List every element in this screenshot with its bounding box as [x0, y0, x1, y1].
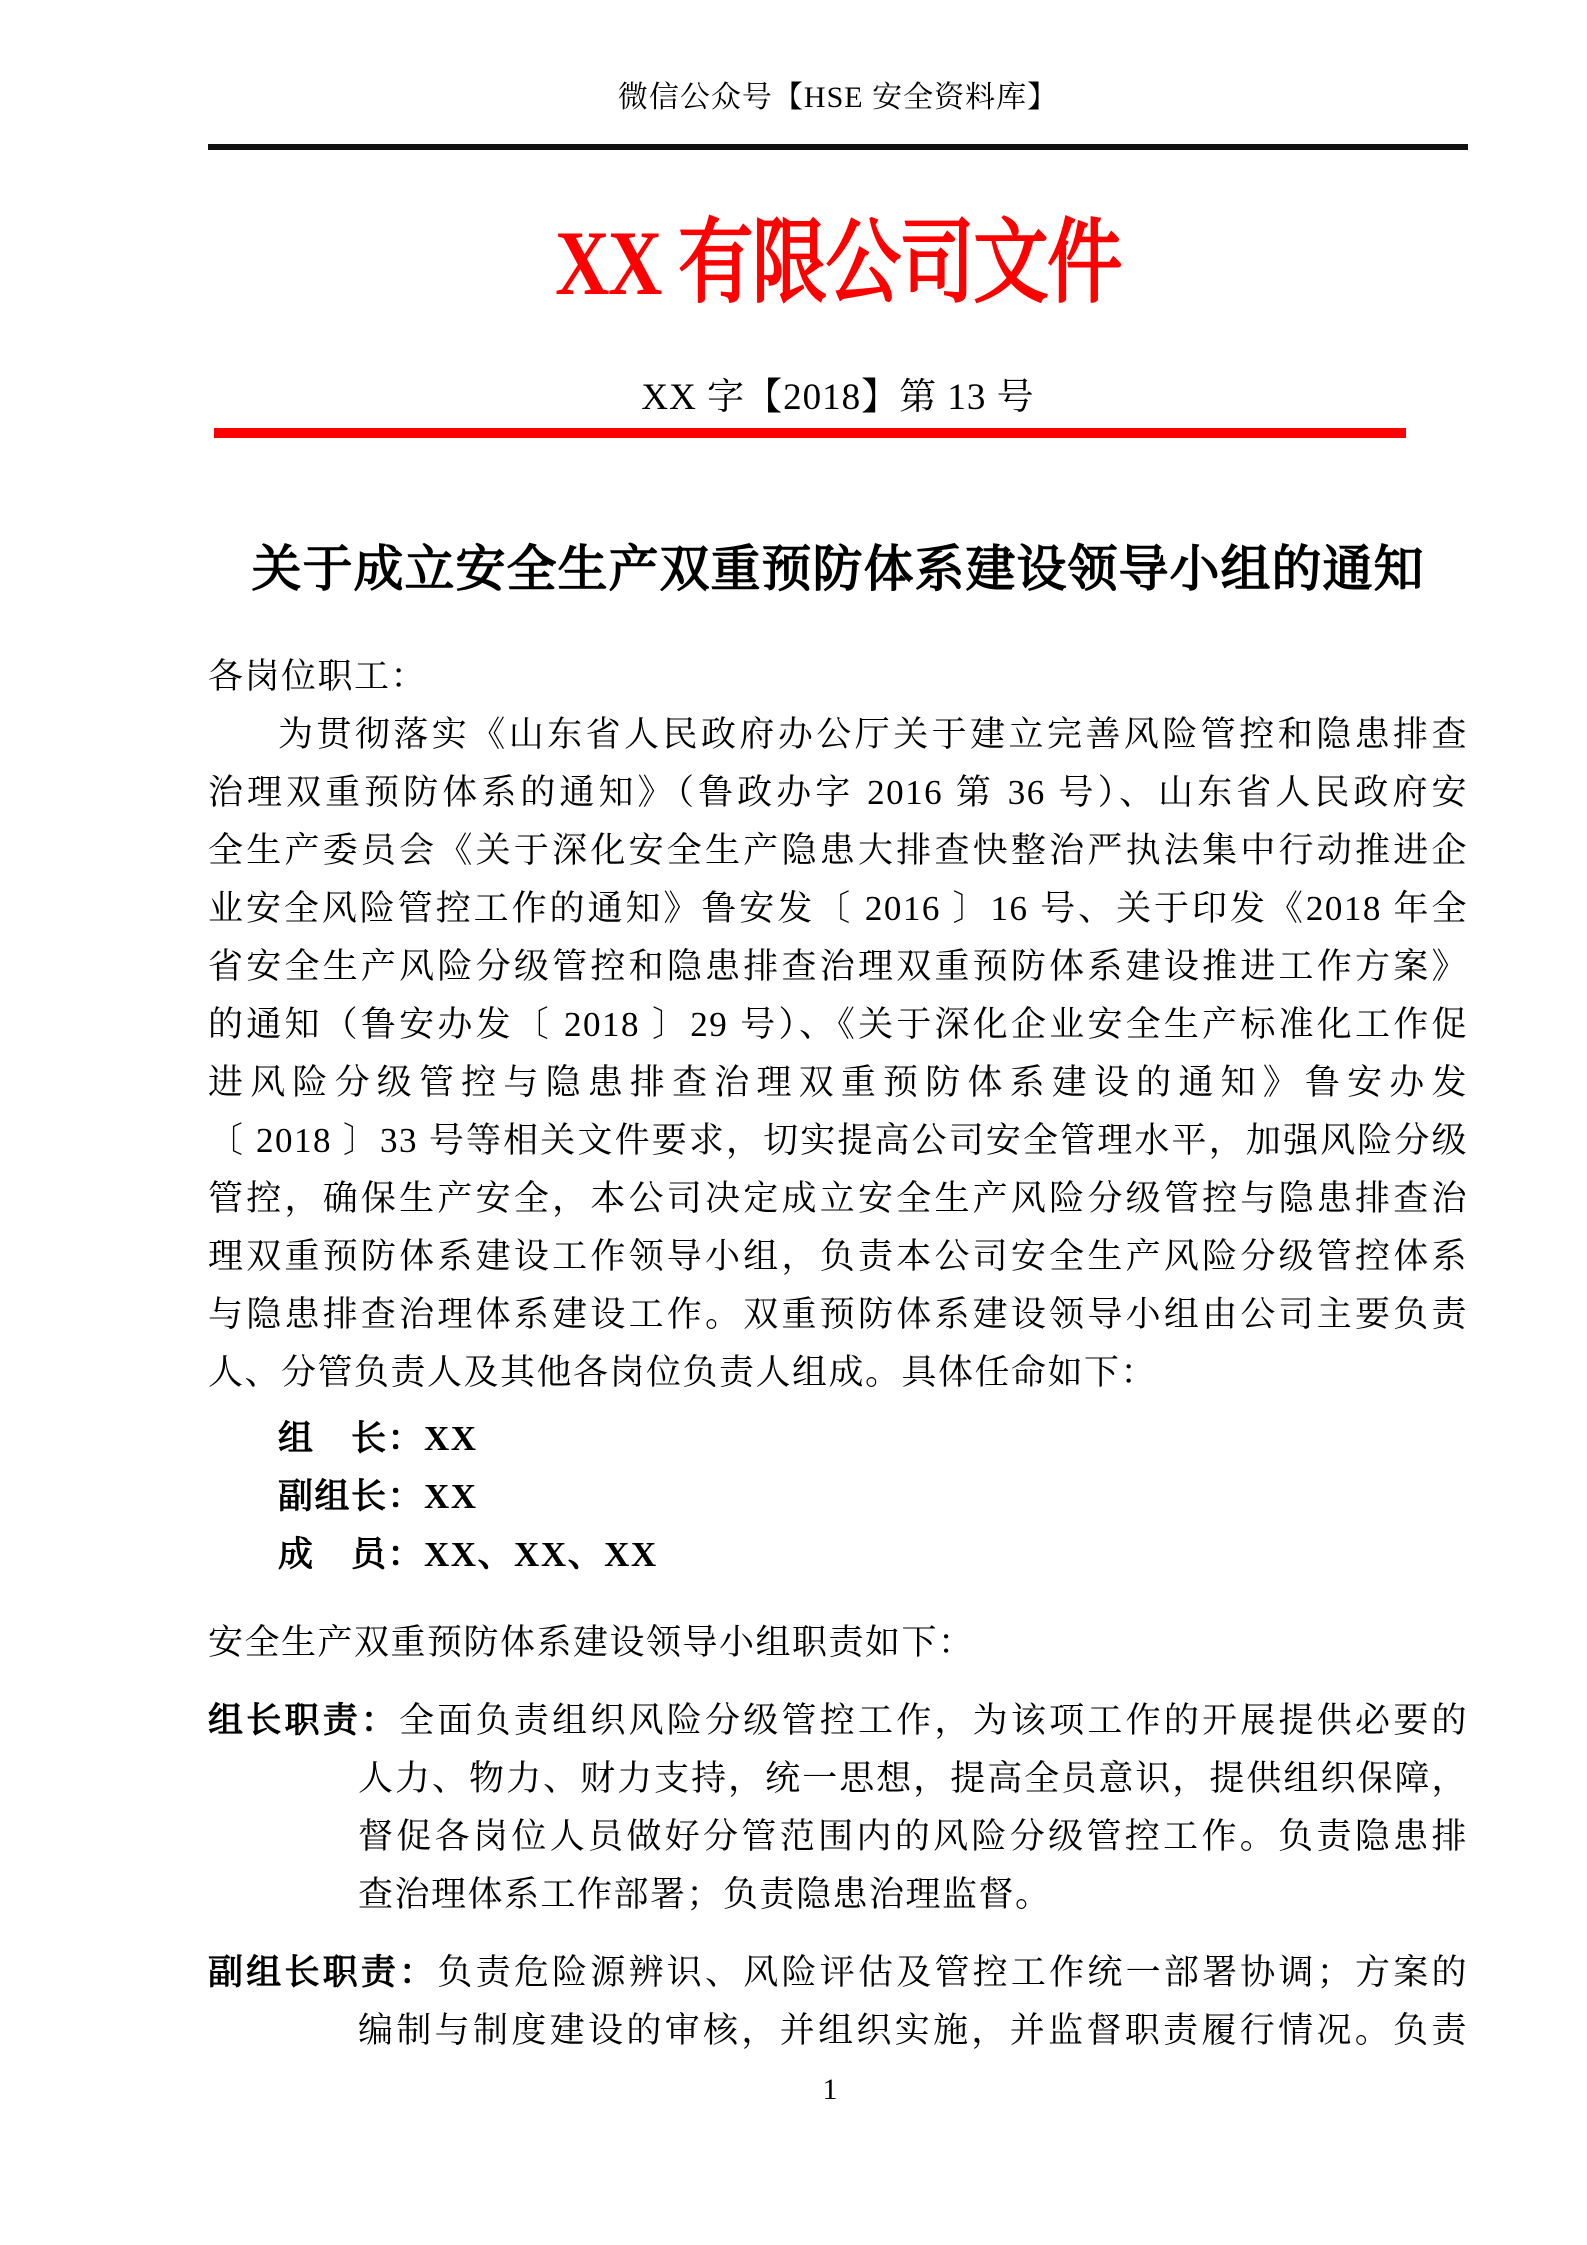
notice-title: 关于成立安全生产双重预防体系建设领导小组的通知 [208, 538, 1468, 600]
deputy-duty-cont: 编制与制度建设的审核，并组织实施，并监督职责履行情况。负责 [358, 2002, 1468, 2060]
leader-duty-cont: 人力、物力、财力支持，统一思想，提高全员意识，提供组织保障，督促各岗位人员做好分… [358, 1750, 1468, 1866]
body-line: 全生产委员会《关于深化安全生产隐患大排查快整治严执法集中行动推进企 [208, 822, 1468, 880]
leader-duty-label: 组长职责： [208, 1701, 399, 1740]
body-line: 〔 2018 〕33 号等相关文件要求，切实提高公司安全管理水平，加强风险分级 [208, 1112, 1468, 1170]
appointment-line: 副组长：XX [208, 1468, 1468, 1526]
leader-duty-paragraph: 组长职责：全面负责组织风险分级管控工作，为该项工作的开展提供必要的 人力、物力、… [208, 1692, 1468, 1924]
body-line: 省安全生产风险分级管控和隐患排查治理双重预防体系建设推进工作方案》 [208, 938, 1468, 996]
body-line: 的通知（鲁安办发〔 2018 〕29 号）、《关于深化企业安全生产标准化工作促 [208, 996, 1468, 1054]
deputy-duty-paragraph: 副组长职责：负责危险源辨识、风险评估及管控工作统一部署协调；方案的 编制与制度建… [208, 1944, 1468, 2060]
leader-duty-line: 人力、物力、财力支持，统一思想，提高全员意识，提供组织保障， [358, 1750, 1468, 1808]
main-paragraph: 为贯彻落实《山东省人民政府办公厅关于建立完善风险管控和隐患排查治理双重预防体系的… [208, 706, 1468, 1402]
leader-duty-line: 督促各岗位人员做好分管范围内的风险分级管控工作。负责隐患排 [358, 1808, 1468, 1866]
body-line: 治理双重预防体系的通知》（鲁政办字 2016 第 36 号）、山东省人民政府安 [208, 764, 1468, 822]
body-line: 管控，确保生产安全，本公司决定成立安全生产风险分级管控与隐患排查治 [208, 1170, 1468, 1228]
deputy-duty-first-line-text: 负责危险源辨识、风险评估及管控工作统一部署协调；方案的 [437, 1953, 1468, 1992]
body-line: 业安全风险管控工作的通知》鲁安发〔 2016 〕16 号、关于印发《2018 年… [208, 880, 1468, 938]
salutation: 各岗位职工： [208, 648, 1468, 706]
page-number: 1 [823, 2072, 838, 2108]
body-line: 理双重预防体系建设工作领导小组，负责本公司安全生产风险分级管控体系 [208, 1228, 1468, 1286]
appointment-list: 组 长：XX副组长：XX成 员：XX、XX、XX [208, 1410, 1468, 1584]
company-file-title-text: XX 有限公司文件 [555, 208, 1121, 318]
appointment-line: 成 员：XX、XX、XX [208, 1526, 1468, 1584]
body-line: 与隐患排查治理体系建设工作。双重预防体系建设领导小组由公司主要负责 [208, 1286, 1468, 1344]
leader-duty-first-line: 组长职责：全面负责组织风险分级管控工作，为该项工作的开展提供必要的 [208, 1692, 1468, 1750]
document-body: 各岗位职工： 为贯彻落实《山东省人民政府办公厅关于建立完善风险管控和隐患排查治理… [208, 648, 1468, 2060]
deputy-duty-label: 副组长职责： [208, 1953, 437, 1992]
appointment-line: 组 长：XX [208, 1410, 1468, 1468]
header-divider-rule [208, 144, 1468, 150]
document-page: 微信公众号【HSE 安全资料库】 XX 有限公司文件 XX 字【2018】第 1… [0, 0, 1587, 2245]
leader-duty-last-line: 查治理体系工作部署；负责隐患治理监督。 [358, 1866, 1468, 1924]
deputy-duty-line: 编制与制度建设的审核，并组织实施，并监督职责履行情况。负责 [358, 2002, 1468, 2060]
deputy-duty-first-line: 副组长职责：负责危险源辨识、风险评估及管控工作统一部署协调；方案的 [208, 1944, 1468, 2002]
body-line: 人、分管负责人及其他各岗位负责人组成。具体任命如下： [208, 1344, 1468, 1402]
document-number: XX 字【2018】第 13 号 [208, 376, 1468, 420]
red-divider-rule [214, 428, 1406, 438]
wechat-account-note: 微信公众号【HSE 安全资料库】 [208, 80, 1468, 116]
company-file-title: XX 有限公司文件 [208, 208, 1468, 318]
body-line: 为贯彻落实《山东省人民政府办公厅关于建立完善风险管控和隐患排查 [208, 706, 1468, 764]
leader-duty-first-line-text: 全面负责组织风险分级管控工作，为该项工作的开展提供必要的 [399, 1701, 1468, 1740]
duties-intro: 安全生产双重预防体系建设领导小组职责如下： [208, 1614, 1468, 1672]
body-line: 进风险分级管控与隐患排查治理双重预防体系建设的通知》鲁安办发 [208, 1054, 1468, 1112]
